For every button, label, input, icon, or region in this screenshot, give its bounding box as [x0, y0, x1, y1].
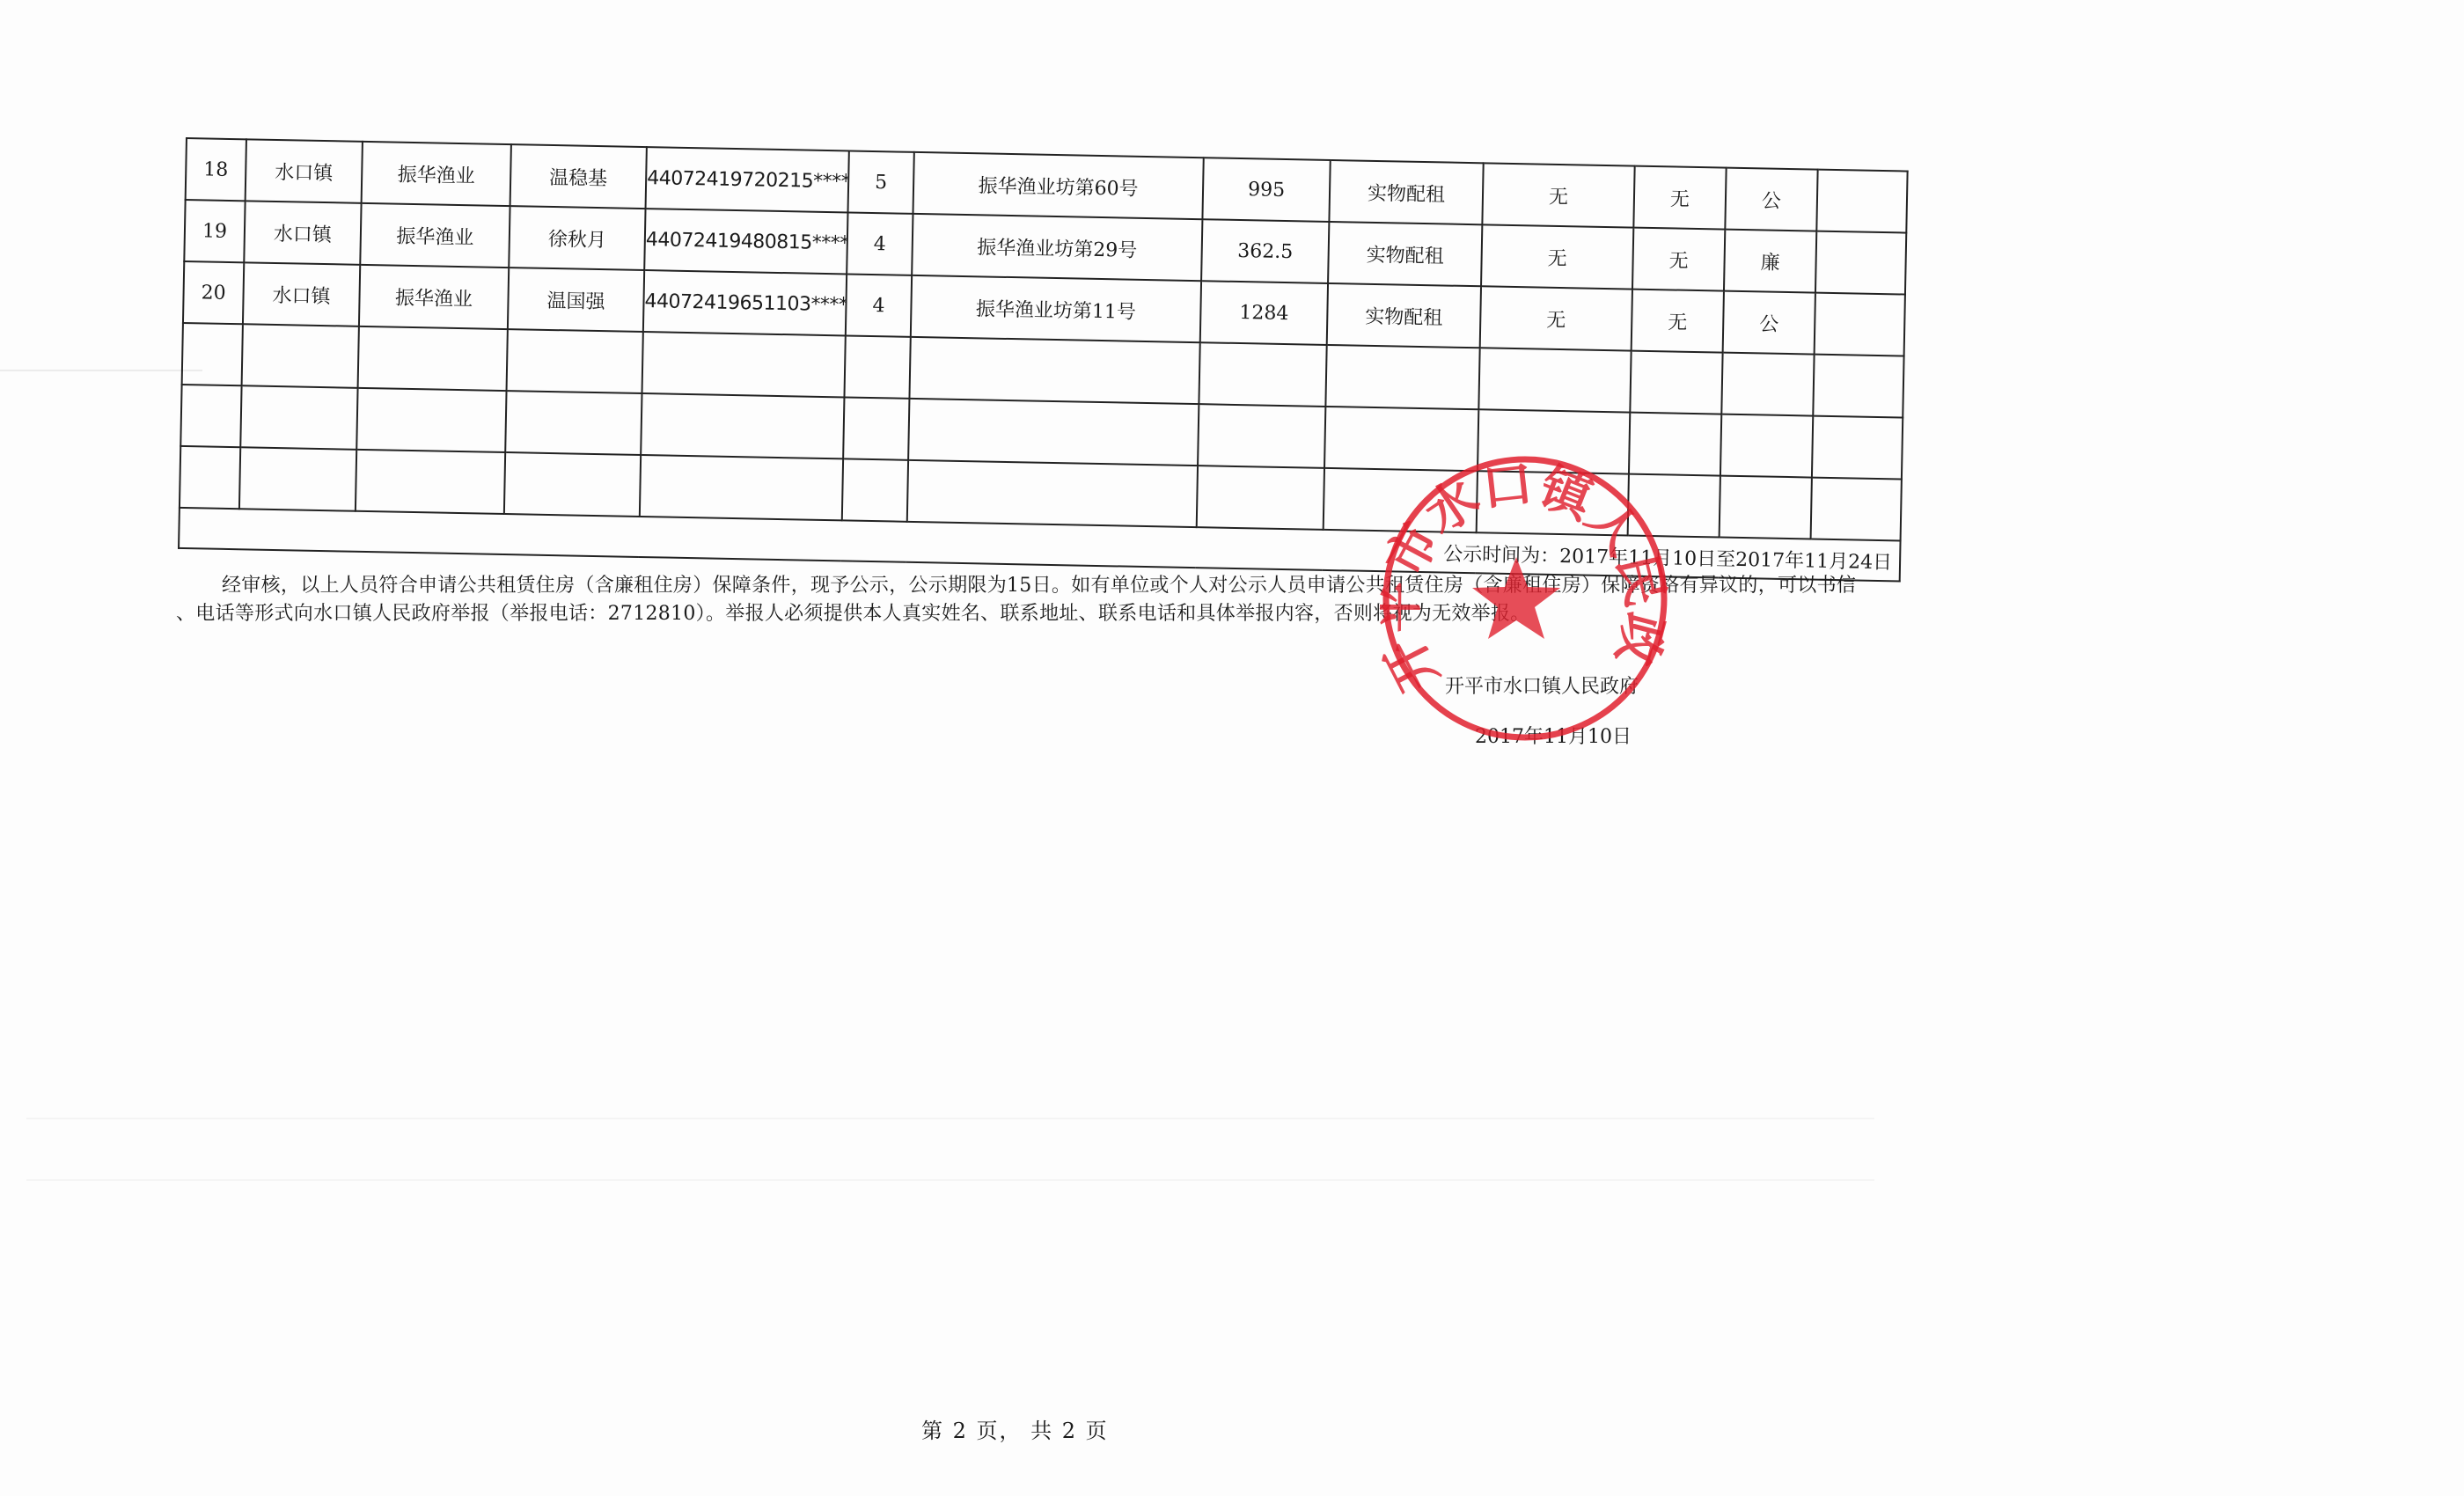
cell-empty	[1629, 413, 1721, 476]
cell-type: 实物配租	[1328, 222, 1482, 286]
cell-address: 振华渔业坊第29号	[912, 214, 1202, 281]
cell-empty	[182, 323, 243, 385]
cell-empty	[507, 329, 643, 393]
cell-empty	[356, 450, 505, 514]
cell-empty	[242, 324, 359, 388]
cell-name: 温稳基	[510, 144, 647, 209]
cell-empty	[640, 455, 843, 520]
notice-paragraph-line-2: 、电话等形式向水口镇人民政府举报（举报电话：2712810）。举报人必须提供本人…	[176, 598, 1530, 626]
cell-empty	[908, 399, 1199, 466]
cell-type: 实物配租	[1327, 283, 1481, 348]
cell-town: 水口镇	[244, 201, 361, 265]
cell-empty	[1628, 474, 1720, 538]
cell-id: 44072419651103****	[643, 270, 847, 335]
cell-col12: 公	[1725, 168, 1817, 231]
cell-id: 44072419480815****	[644, 209, 847, 274]
cell-empty	[504, 452, 641, 517]
cell-area: 1284	[1200, 281, 1328, 345]
cell-empty	[1630, 351, 1722, 414]
document-page: 18水口镇振华渔业温稳基44072419720215****5振华渔业坊第60号…	[0, 0, 2464, 1496]
cell-unit: 振华渔业	[360, 203, 510, 268]
cell-id: 44072419720215****	[646, 147, 849, 212]
page-number-footer: 第 2 页， 共 2 页	[921, 1413, 1109, 1444]
cell-empty	[842, 458, 908, 521]
scan-artifact	[0, 370, 202, 371]
cell-empty	[505, 391, 642, 455]
cell-unit: 振华渔业	[359, 265, 509, 329]
notice-paragraph-line-1: 经审核，以上人员符合申请公共租赁住房（含廉租住房）保障条件，现予公示，公示期限为…	[222, 570, 1856, 598]
cell-empty	[907, 460, 1198, 527]
cell-empty	[239, 447, 356, 511]
cell-empty	[909, 337, 1199, 404]
cell-empty	[1720, 414, 1813, 478]
cell-empty	[1478, 409, 1630, 473]
cell-unit: 振华渔业	[362, 142, 511, 206]
cell-col13	[1816, 170, 1907, 233]
applicant-table: 18水口镇振华渔业温稳基44072419720215****5振华渔业坊第60号…	[178, 137, 1907, 582]
cell-empty	[1813, 355, 1903, 418]
cell-col13	[1815, 231, 1906, 295]
cell-empty	[180, 385, 241, 447]
cell-members: 4	[846, 274, 912, 336]
cell-col11: 无	[1633, 166, 1726, 230]
cell-col12: 公	[1723, 291, 1815, 355]
cell-no: 19	[184, 200, 245, 262]
cell-empty	[1720, 476, 1812, 539]
cell-empty	[180, 446, 240, 509]
cell-empty	[1324, 407, 1478, 471]
scan-artifact	[26, 1179, 1874, 1181]
cell-empty	[1199, 342, 1326, 407]
cell-name: 温国强	[508, 268, 644, 332]
cell-empty	[1812, 416, 1903, 480]
cell-empty	[1721, 353, 1814, 416]
signature-date: 2017年11月10日	[1475, 722, 1632, 749]
cell-empty	[356, 388, 506, 452]
cell-empty	[1325, 345, 1479, 409]
cell-empty	[1197, 466, 1324, 530]
cell-no: 18	[186, 138, 246, 201]
cell-col11: 无	[1632, 290, 1724, 353]
cell-col11: 无	[1632, 228, 1725, 291]
cell-area: 362.5	[1201, 219, 1329, 283]
cell-empty	[642, 332, 846, 397]
cell-col10: 无	[1482, 163, 1634, 227]
cell-empty	[1477, 471, 1629, 535]
cell-empty	[1478, 348, 1631, 412]
cell-address: 振华渔业坊第11号	[911, 275, 1201, 342]
cell-members: 4	[847, 212, 913, 275]
cell-no: 20	[183, 261, 244, 324]
cell-empty	[358, 326, 508, 391]
cell-empty	[843, 397, 909, 459]
cell-town: 水口镇	[243, 262, 360, 326]
cell-empty	[1324, 468, 1478, 532]
cell-empty	[641, 393, 844, 458]
cell-empty	[1811, 478, 1902, 541]
cell-members: 5	[847, 150, 913, 213]
cell-col10: 无	[1480, 286, 1632, 350]
cell-area: 995	[1202, 158, 1330, 222]
signature-organization: 开平市水口镇人民政府	[1445, 671, 1639, 699]
cell-address: 振华渔业坊第60号	[913, 152, 1203, 219]
cell-type: 实物配租	[1329, 160, 1483, 224]
scan-artifact	[26, 1118, 1874, 1119]
cell-empty	[844, 335, 910, 398]
cell-empty	[1198, 404, 1325, 468]
cell-col13	[1815, 293, 1905, 356]
cell-name: 徐秋月	[509, 206, 645, 270]
cell-col10: 无	[1481, 224, 1633, 289]
cell-col12: 廉	[1724, 230, 1816, 293]
cell-empty	[240, 385, 357, 450]
cell-town: 水口镇	[246, 139, 363, 203]
